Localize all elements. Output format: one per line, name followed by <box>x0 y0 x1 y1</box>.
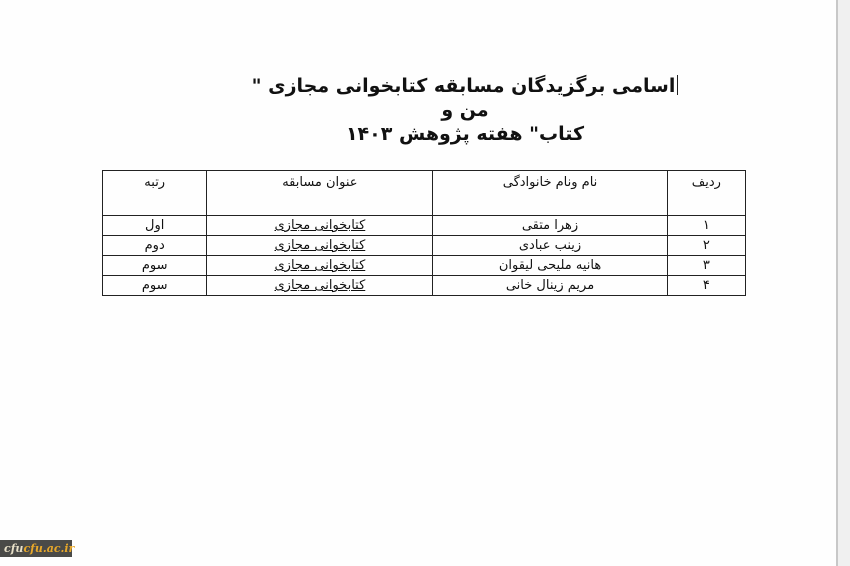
text-cursor <box>677 75 678 95</box>
cell-name: مریم زینال خانی <box>433 276 667 296</box>
winners-table: ردیف نام ونام خانوادگی عنوان مسابقه رتبه… <box>102 170 746 296</box>
cell-rank: سوم <box>103 276 207 296</box>
header-contest: عنوان مسابقه <box>207 171 433 216</box>
cell-name: زهرا متقی <box>433 216 667 236</box>
header-name: نام ونام خانوادگی <box>433 171 667 216</box>
title-line-2: کتاب" هفته پژوهش ۱۴۰۳ <box>240 122 690 146</box>
contest-text: کتابخوانی مجازی <box>275 278 366 293</box>
watermark-logo: cfucfu.ac.ir <box>0 540 72 557</box>
cell-radif: ۱ <box>667 216 745 236</box>
table-header-row: ردیف نام ونام خانوادگی عنوان مسابقه رتبه <box>103 171 746 216</box>
document-page: اسامی برگزیدگان مسابقه کتابخوانی مجازی "… <box>0 0 836 566</box>
cell-contest: کتابخوانی مجازی <box>207 216 433 236</box>
cell-contest: کتابخوانی مجازی <box>207 256 433 276</box>
header-rank: رتبه <box>103 171 207 216</box>
cell-rank: سوم <box>103 256 207 276</box>
table-row: ۱ زهرا متقی کتابخوانی مجازی اول <box>103 216 746 236</box>
table-row: ۴ مریم زینال خانی کتابخوانی مجازی سوم <box>103 276 746 296</box>
cell-rank: اول <box>103 216 207 236</box>
contest-text: کتابخوانی مجازی <box>275 238 366 253</box>
logo-url: cfu.ac.ir <box>23 542 74 555</box>
logo-mark: cfu <box>4 542 23 555</box>
cell-rank: دوم <box>103 236 207 256</box>
header-radif: ردیف <box>667 171 745 216</box>
cell-contest: کتابخوانی مجازی <box>207 236 433 256</box>
page-title: اسامی برگزیدگان مسابقه کتابخوانی مجازی "… <box>240 74 690 146</box>
title-line-1: اسامی برگزیدگان مسابقه کتابخوانی مجازی "… <box>252 75 676 121</box>
table-row: ۲ زینب عبادی کتابخوانی مجازی دوم <box>103 236 746 256</box>
cell-name: هانیه ملیحی لیقوان <box>433 256 667 276</box>
cell-radif: ۳ <box>667 256 745 276</box>
cell-contest: کتابخوانی مجازی <box>207 276 433 296</box>
contest-text: کتابخوانی مجازی <box>275 218 366 233</box>
cell-radif: ۲ <box>667 236 745 256</box>
scrollbar[interactable] <box>836 0 850 566</box>
cell-name: زینب عبادی <box>433 236 667 256</box>
cell-radif: ۴ <box>667 276 745 296</box>
table-row: ۳ هانیه ملیحی لیقوان کتابخوانی مجازی سوم <box>103 256 746 276</box>
contest-text: کتابخوانی مجازی <box>275 258 366 273</box>
